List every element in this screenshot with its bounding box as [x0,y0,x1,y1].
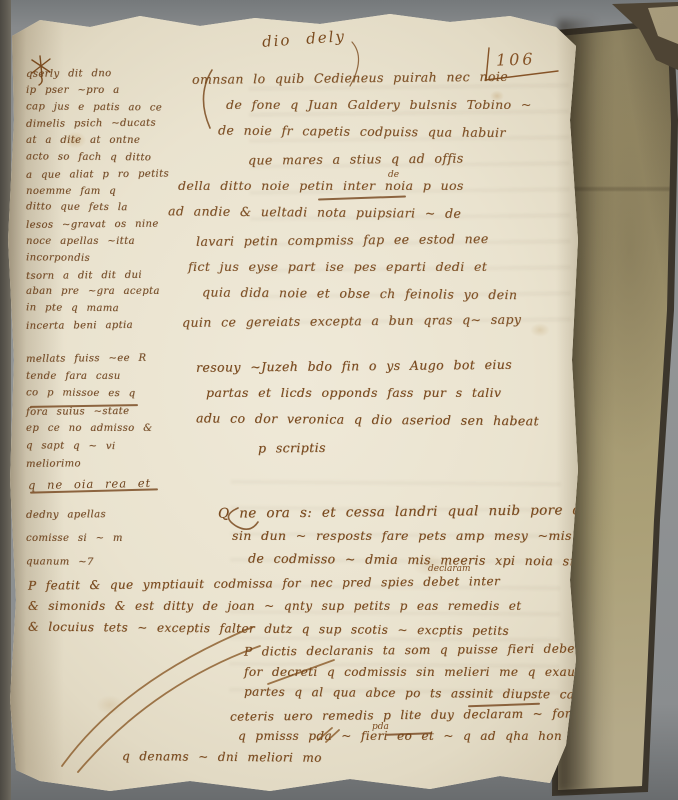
interlinear-insertion: declaram [428,564,471,574]
manuscript-line: q denams ~ dni meliori mo [122,746,579,771]
manuscript-line: mellats fuiss ~ee R [26,349,201,368]
manuscript-line: tende fara casu [26,368,201,386]
manuscript-line: P dictis declaranis ta som q puisse fier… [244,638,579,663]
manuscript-line: de noie fr capetis codpuiss qua habuir [218,116,568,146]
binding-gutter [0,0,11,800]
manuscript-line: q pmisss pda ~ fieri eo et ~ q ad qha ho… [238,726,579,748]
manuscript-line: partas et licds opponds fass pur s taliv [206,379,576,406]
manuscript-line: meliorimo [26,454,201,473]
manuscript-line: co p missoe es q [26,384,201,403]
manuscript-line: quia dida noie et obse ch feinolis yo de… [202,278,568,308]
manuscript-line: fict jus eyse part ise pes eparti dedi e… [188,253,568,280]
manuscript-line: q sapt q ~ vi [26,437,201,456]
manuscript-line: della ditto noie petin inter noia p uos [178,172,568,199]
manuscript-line: sin dun ~ resposts fare pets amp mesy ~m… [232,524,578,548]
scan-background: dio dely 106 [0,0,678,800]
manuscript-line: ad andie & ueltadi nota puipsiari ~ de [168,197,568,227]
margin-notes-block-3: dedny apellascomisse si ~ mquanum ~7 [26,503,206,575]
margin-notes-block-2: mellats fuiss ~ee Rtende fara casuco p m… [26,350,201,473]
interlinear-insertion: de [388,170,399,180]
manuscript-line: P featit & que ymptiauit codmissa for ne… [28,569,576,597]
manuscript-line: quin ce gereiats excepta a bun qras q~ s… [182,305,568,336]
manuscript-line: adu co dor veronica q dio aseriod sen ha… [196,404,576,434]
manuscript-line: ceteris uero remedis p lite duy declaram… [230,703,579,728]
manuscript-line: & simonids & est ditty de joan ~ qnty su… [28,595,576,618]
manuscript-line: p scriptis [258,431,576,461]
manuscript-line: de fone q Juan Galdery bulsnis Tobino ~ [226,91,568,118]
manuscript-line: lavari petin compmiss fap ee estod nee [196,224,568,255]
manuscript-line: resouy ~Juzeh bdo fin o ys Augo bot eius [196,350,576,381]
manuscript-line: ep ce no admisso & [26,420,201,438]
manuscript-line: Q ne ora s: et cessa landri qual nuib po… [218,498,578,525]
manuscript-line: comisse si ~ m [26,527,206,551]
main-text-block-2: resouy ~Juzeh bdo fin o ys Augo bot eius… [196,352,576,460]
main-text-block-3: Q ne ora s: et cessa landri qual nuib po… [218,500,578,572]
main-text-block-4: P featit & que ymptiauit codmissa for ne… [28,572,576,641]
manuscript-line: dedny apellas [26,502,206,528]
main-text-block-1: omnsan lo quib Cedieneus puirah nec noie… [168,64,568,334]
manuscript-line: omnsan lo quib Cedieneus puirah nec noie [192,62,568,93]
interlinear-insertion: pda [372,722,389,732]
manuscript-line: que mares a stius q ad offis [248,143,568,173]
manuscript-line: for decreti q codmissis sin melieri me q… [244,662,579,684]
